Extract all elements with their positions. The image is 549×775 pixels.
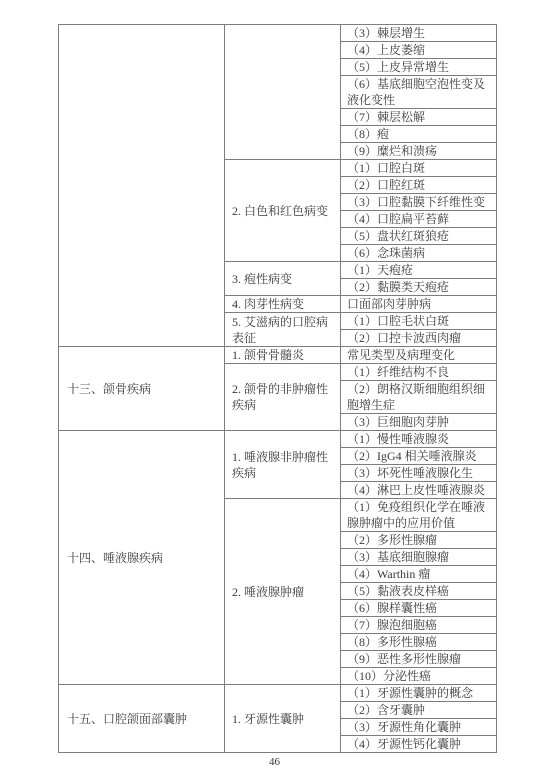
topic-cell: （2）黏膜类天疱疮 xyxy=(341,279,497,296)
table-row: （3）棘层增生 xyxy=(59,25,497,42)
section-title-cell xyxy=(59,25,225,347)
topic-cell: （4）口腔扁平苔藓 xyxy=(341,211,497,228)
section-title-cell: 十五、口腔颌面部囊肿 xyxy=(59,685,225,753)
topic-cell: （6）念珠菌病 xyxy=(341,245,497,262)
group-label-cell: 5. 艾滋病的口腔病表征 xyxy=(225,313,341,347)
topic-cell: （4）淋巴上皮性唾液腺炎 xyxy=(341,482,497,499)
topic-cell: （8）疱 xyxy=(341,126,497,143)
topic-cell: （5）盘状红斑狼疮 xyxy=(341,228,497,245)
group-label-cell: 2. 唾液腺肿瘤 xyxy=(225,499,341,685)
topic-cell: （1）慢性唾液腺炎 xyxy=(341,431,497,448)
topic-cell: （2）多形性腺瘤 xyxy=(341,532,497,549)
group-label-cell: 1. 唾液腺非肿瘤性疾病 xyxy=(225,431,341,499)
table-row: 十四、唾液腺疾病 1. 唾液腺非肿瘤性疾病 （1）慢性唾液腺炎 xyxy=(59,431,497,448)
topic-cell: （9）恶性多形性腺瘤 xyxy=(341,651,497,668)
table-row: 十五、口腔颌面部囊肿 1. 牙源性囊肿 （1）牙源性囊肿的概念 xyxy=(59,685,497,702)
topic-cell: （2）口控卡波西肉瘤 xyxy=(341,330,497,347)
topic-cell: （1）天疱疮 xyxy=(341,262,497,279)
topic-cell: （4）牙源性钙化囊肿 xyxy=(341,736,497,753)
topic-cell: （6）基底细胞空泡性变及液化变性 xyxy=(341,76,497,109)
group-label-cell: 3. 疱性病变 xyxy=(225,262,341,296)
page-number: 46 xyxy=(0,756,549,768)
topic-cell: 口面部肉芽肿病 xyxy=(341,296,497,313)
syllabus-table: （3）棘层增生 （4）上皮萎缩 （5）上皮异常增生 （6）基底细胞空泡性变及液化… xyxy=(58,24,497,753)
section-title-cell: 十三、颌骨疾病 xyxy=(59,347,225,431)
topic-cell: （1）免疫组织化学在唾液腺肿瘤中的应用价值 xyxy=(341,499,497,532)
topic-cell: （5）黏液表皮样癌 xyxy=(341,583,497,600)
topic-cell: （3）口腔黏膜下纤维性变 xyxy=(341,194,497,211)
topic-cell: （1）纤维结构不良 xyxy=(341,364,497,381)
group-label-cell xyxy=(225,25,341,160)
group-label-cell: 1. 颌骨骨髓炎 xyxy=(225,347,341,364)
topic-cell: （4）上皮萎缩 xyxy=(341,42,497,59)
topic-cell: 常见类型及病理变化 xyxy=(341,347,497,364)
topic-cell: （6）腺样囊性癌 xyxy=(341,600,497,617)
group-label-cell: 1. 牙源性囊肿 xyxy=(225,685,341,753)
topic-cell: （5）上皮异常增生 xyxy=(341,59,497,76)
topic-cell: （2）IgG4 相关唾液腺炎 xyxy=(341,448,497,465)
topic-cell: （2）朗格汉斯细胞组织细胞增生症 xyxy=(341,381,497,414)
topic-cell: （3）巨细胞肉芽肿 xyxy=(341,414,497,431)
group-label-cell: 4. 肉芽性病变 xyxy=(225,296,341,313)
topic-cell: （2）口腔红斑 xyxy=(341,177,497,194)
topic-cell: （2）含牙囊肿 xyxy=(341,702,497,719)
topic-cell: （8）多形性腺癌 xyxy=(341,634,497,651)
topic-cell: （1）口腔白斑 xyxy=(341,160,497,177)
topic-cell: （3）棘层增生 xyxy=(341,25,497,42)
topic-cell: （3）坏死性唾液腺化生 xyxy=(341,465,497,482)
topic-cell: （3）牙源性角化囊肿 xyxy=(341,719,497,736)
topic-cell: （7）棘层松解 xyxy=(341,109,497,126)
group-label-cell: 2. 白色和红色病变 xyxy=(225,160,341,262)
table-row: 十三、颌骨疾病 1. 颌骨骨髓炎 常见类型及病理变化 xyxy=(59,347,497,364)
topic-cell: （10）分泌性癌 xyxy=(341,668,497,685)
topic-cell: （9）糜烂和溃疡 xyxy=(341,143,497,160)
topic-cell: （7）腺泡细胞癌 xyxy=(341,617,497,634)
topic-cell: （1）口腔毛状白斑 xyxy=(341,313,497,330)
topic-cell: （4）Warthin 瘤 xyxy=(341,566,497,583)
section-title-cell: 十四、唾液腺疾病 xyxy=(59,431,225,685)
group-label-cell: 2. 颌骨的非肿瘤性疾病 xyxy=(225,364,341,431)
topic-cell: （3）基底细胞腺瘤 xyxy=(341,549,497,566)
topic-cell: （1）牙源性囊肿的概念 xyxy=(341,685,497,702)
